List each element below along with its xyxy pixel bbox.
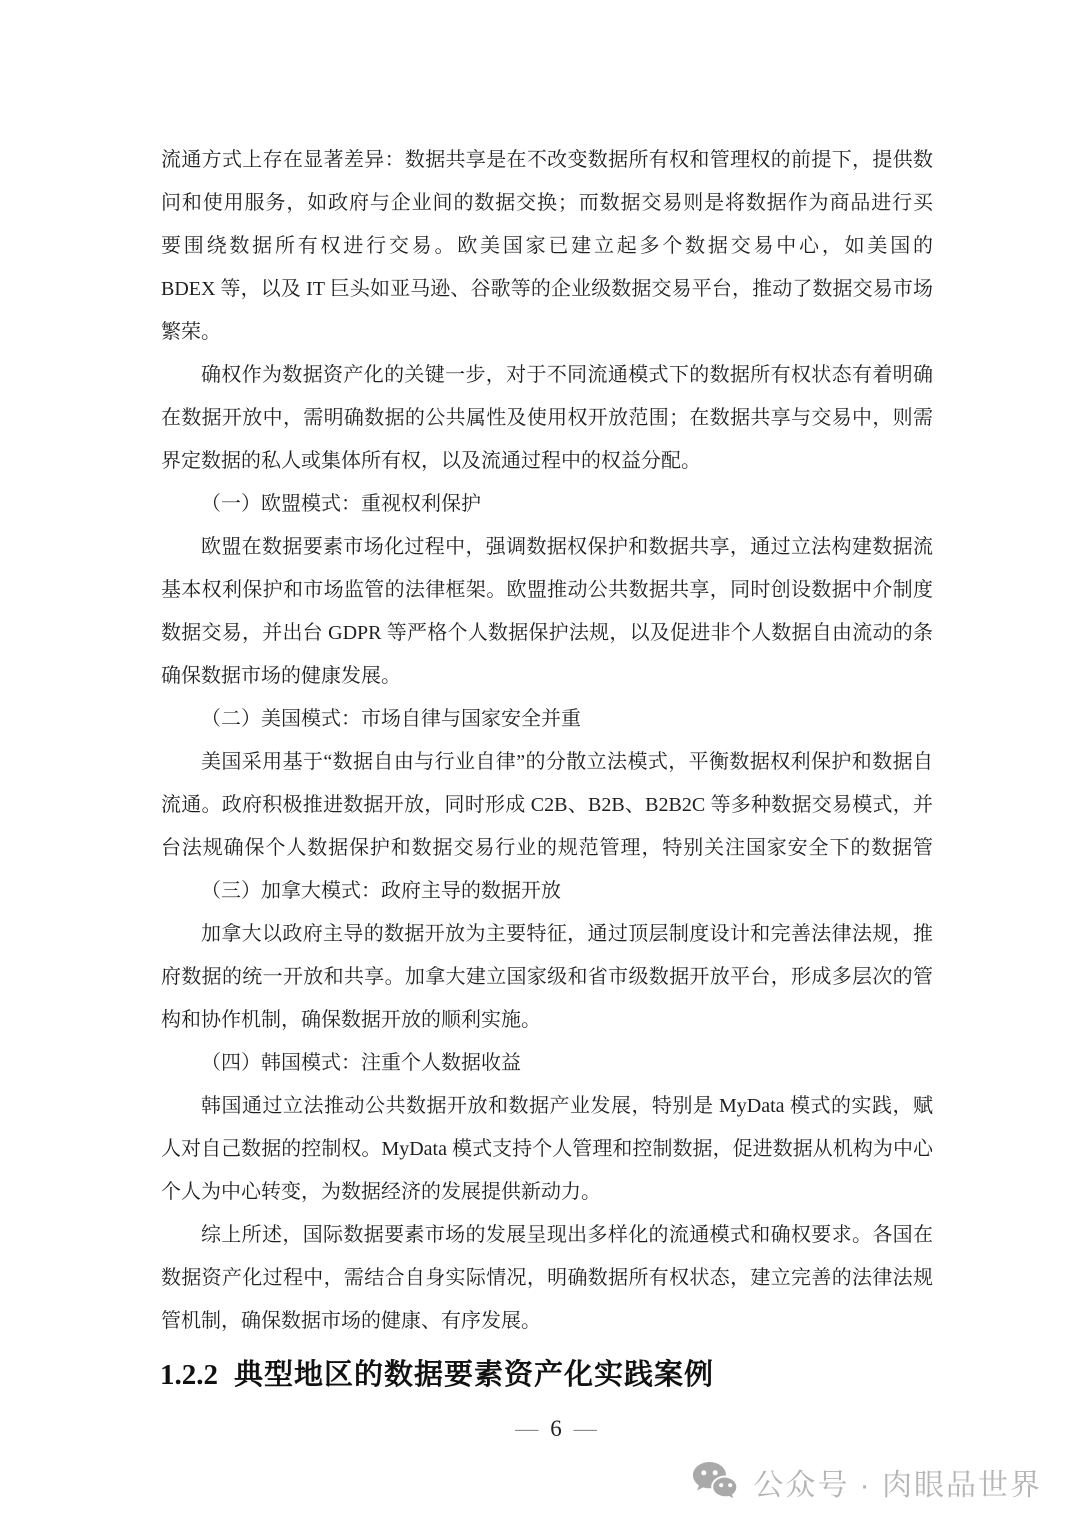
text-line: 基本权利保护和市场监管的法律框架。欧盟推动公共数据共享，同时创设数据中介制度促进 [161, 569, 933, 612]
document-page: 流通方式上存在显著差异：数据共享是在不改变数据所有权和管理权的前提下，提供数据访… [0, 0, 1080, 1527]
text-line: 韩国通过立法推动公共数据开放和数据产业发展，特别是 MyData 模式的实践，赋… [161, 1085, 933, 1128]
text-line: 确保数据市场的健康发展。 [161, 655, 933, 698]
wechat-icon [692, 1461, 740, 1503]
section-heading-number: 1.2.2 [160, 1359, 218, 1391]
text-line: 繁荣。 [161, 311, 933, 354]
text-line: 综上所述，国际数据要素市场的发展呈现出多样化的流通模式和确权要求。各国在推动 [161, 1214, 933, 1257]
page-number-right-dash: — [574, 1416, 597, 1441]
watermark: 公众号 · 肉眼品世界 [692, 1460, 1042, 1504]
text-line: 美国采用基于“数据自由与行业自律”的分散立法模式，平衡数据权利保护和数据自由 [161, 741, 933, 784]
text-line: 府数据的统一开放和共享。加拿大建立国家级和省市级数据开放平台，形成多层次的管理架 [161, 956, 933, 999]
text-line: 人对自己数据的控制权。MyData 模式支持个人管理和控制数据，促进数据从机构为… [161, 1128, 933, 1171]
page-number-left-dash: — [515, 1416, 538, 1441]
text-line: 管机制，确保数据市场的健康、有序发展。 [161, 1300, 933, 1343]
subheading-korea-model: （四）韩国模式：注重个人数据收益 [161, 1042, 933, 1085]
subheading-canada-model: （三）加拿大模式：政府主导的数据开放 [161, 870, 933, 913]
body-text-block: 流通方式上存在显著差异：数据共享是在不改变数据所有权和管理权的前提下，提供数据访… [161, 139, 933, 1343]
page-number-value: 6 [550, 1416, 562, 1441]
text-line: 数据资产化过程中，需结合自身实际情况，明确数据所有权状态，建立完善的法律法规和监 [161, 1257, 933, 1300]
text-line: 构和协作机制，确保数据开放的顺利实施。 [161, 999, 933, 1042]
text-line: 界定数据的私人或集体所有权，以及流通过程中的权益分配。 [161, 440, 933, 483]
text-line: 流通。政府积极推进数据开放，同时形成 C2B、B2B、B2B2C 等多种数据交易… [161, 784, 933, 827]
text-line: 数据交易，并出台 GDPR 等严格个人数据保护法规，以及促进非个人数据自由流动的… [161, 612, 933, 655]
text-line: BDEX 等，以及 IT 巨头如亚马逊、谷歌等的企业级数据交易平台，推动了数据交… [161, 268, 933, 311]
subheading-us-model: （二）美国模式：市场自律与国家安全并重 [161, 698, 933, 741]
text-line: 欧盟在数据要素市场化过程中，强调数据权保护和数据共享，通过立法构建数据流转、 [161, 526, 933, 569]
subheading-eu-model: （一）欧盟模式：重视权利保护 [161, 483, 933, 526]
text-line: 台法规确保个人数据保护和数据交易行业的规范管理，特别关注国家安全下的数据管控。 [161, 827, 933, 870]
text-line: 流通方式上存在显著差异：数据共享是在不改变数据所有权和管理权的前提下，提供数据访 [161, 139, 933, 182]
text-line: 在数据开放中，需明确数据的公共属性及使用权开放范围；在数据共享与交易中，则需清晰 [161, 397, 933, 440]
page-number: —6— [161, 1416, 951, 1442]
text-line: 确权作为数据资产化的关键一步，对于不同流通模式下的数据所有权状态有着明确要求。 [161, 354, 933, 397]
watermark-label: 公众号 · 肉眼品世界 [753, 1460, 1042, 1504]
section-heading-title: 典型地区的数据要素资产化实践案例 [234, 1359, 714, 1391]
text-line: 问和使用服务，如政府与企业间的数据交换；而数据交易则是将数据作为商品进行买卖，主 [161, 182, 933, 225]
text-line: 个人为中心转变，为数据经济的发展提供新动力。 [161, 1171, 933, 1214]
section-heading: 1.2.2典型地区的数据要素资产化实践案例 [160, 1352, 932, 1393]
text-line: 要围绕数据所有权进行交易。欧美国家已建立起多个数据交易中心，如美国的 Rapid… [161, 225, 933, 268]
text-line: 加拿大以政府主导的数据开放为主要特征，通过顶层制度设计和完善法律法规，推动政 [161, 913, 933, 956]
